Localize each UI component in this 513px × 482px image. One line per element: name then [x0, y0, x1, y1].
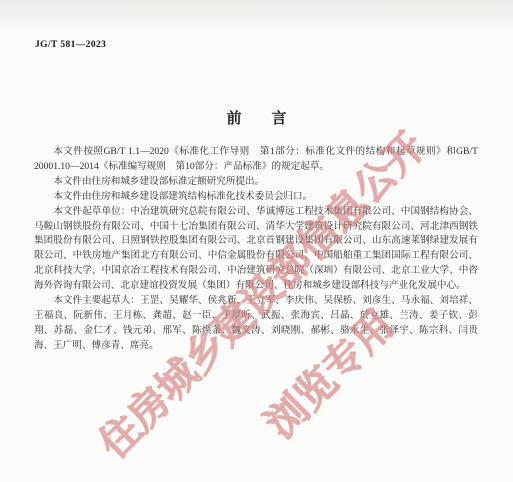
paragraph-proposed-by: 本文件由住房和城乡建设部标准定额研究所提出。	[34, 175, 478, 190]
scan-artifact-band	[0, 0, 513, 34]
paragraph-drafting-organizations: 本文件起草单位：中冶建筑研究总院有限公司、华诚博远工程技术集团有限公司、中国钢结…	[34, 205, 478, 294]
standard-number: JG/T 581—2023	[35, 40, 106, 50]
foreword-body: 本文件按照GB/T 1.1—2020《标准化工作导则 第1部分：标准化文件的结构…	[34, 145, 478, 354]
page-title: 前 言	[0, 107, 513, 128]
paragraph-drafting-rules: 本文件按照GB/T 1.1—2020《标准化工作导则 第1部分：标准化文件的结构…	[34, 145, 478, 175]
paragraph-centralized-by: 本文件由住房和城乡建设部建筑结构标准化技术委员会归口。	[34, 190, 478, 205]
paragraph-main-drafters: 本文件主要起草人：王罡、吴耀华、侯兆新、王立军、李庆伟、吴保桥、刘彦生、马永福、…	[34, 294, 478, 354]
document-page: JG/T 581—2023 前 言 本文件按照GB/T 1.1—2020《标准化…	[0, 0, 513, 482]
